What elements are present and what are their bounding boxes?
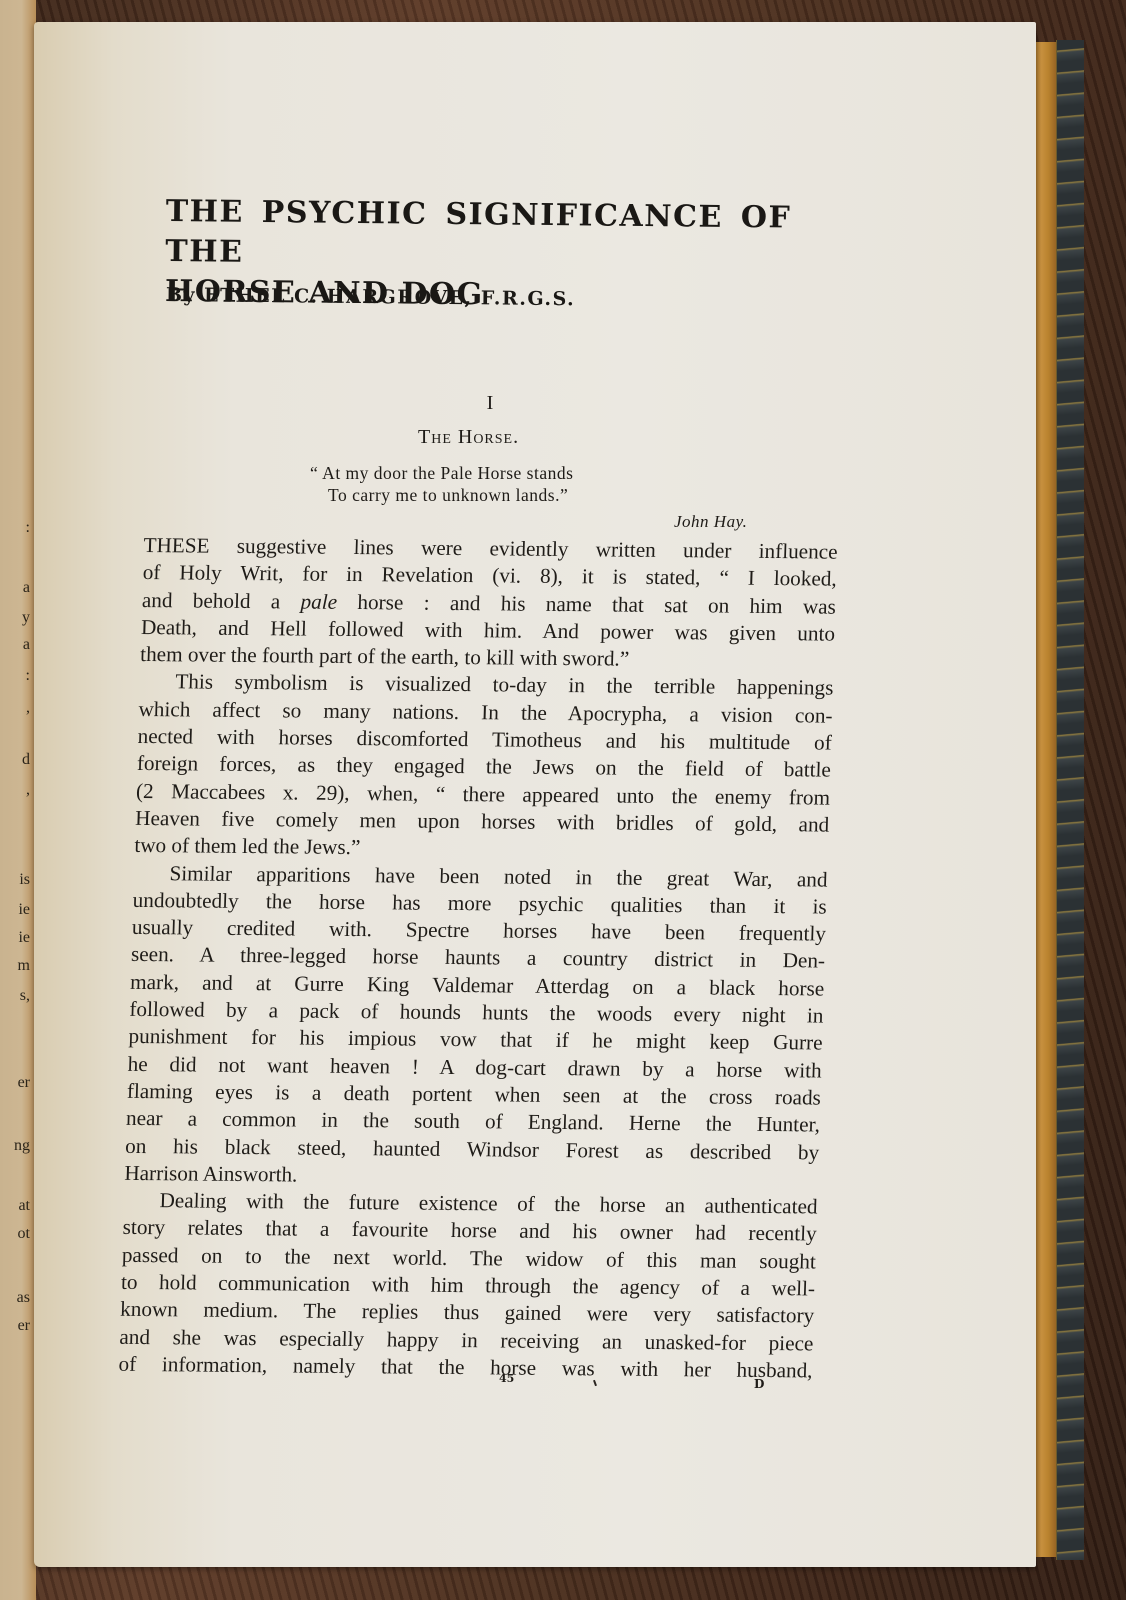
signature-mark: D — [754, 1377, 764, 1391]
section-title: The Horse. — [418, 426, 519, 449]
epigraph-attribution: John Hay. — [674, 512, 747, 532]
facing-page-fragment: y — [0, 610, 30, 626]
article-title-line-1: THE PSYCHIC SIGNIFICANCE OF THE — [165, 192, 866, 279]
facing-page-fragment: er — [0, 1075, 30, 1091]
facing-page-fragment: : — [0, 668, 30, 684]
facing-page-fragment: ie — [0, 930, 30, 946]
page-content: THE PSYCHIC SIGNIFICANCE OF THE HORSE AN… — [34, 22, 1036, 1567]
facing-page-fragment: s, — [0, 988, 30, 1004]
facing-page-fragment: as — [0, 1290, 30, 1306]
facing-page-fragment: ot — [0, 1226, 30, 1242]
epigraph: “ At my door the Pale Horse stands To ca… — [310, 462, 830, 506]
facing-page-fragment: ng — [0, 1138, 30, 1154]
epigraph-line-2: To carry me to unknown lands.” — [310, 484, 830, 506]
page-block-gilt-edge — [1034, 42, 1058, 1557]
facing-page-edge: :aya:,d,isieiems,erngatotaser — [0, 0, 36, 1600]
marbled-cover-edge — [1056, 40, 1084, 1560]
body-line: of information, namely that the horse wa… — [118, 1351, 813, 1385]
page-number: 45 — [499, 1372, 514, 1385]
facing-page-fragment: m — [0, 958, 30, 974]
book-page: THE PSYCHIC SIGNIFICANCE OF THE HORSE AN… — [34, 22, 1036, 1567]
facing-page-fragment: , — [0, 700, 30, 716]
epigraph-line-1: “ At my door the Pale Horse stands — [310, 462, 830, 484]
author-byline: By ETHEL C. HARGROVE, F.R.G.S. — [166, 284, 576, 310]
section-number: I — [480, 392, 500, 415]
article-body: THESE suggestive lines were evidently wr… — [118, 532, 838, 1385]
emphasis: pale — [300, 589, 337, 613]
facing-page-fragment: er — [0, 1318, 30, 1334]
facing-page-fragment: is — [0, 872, 30, 888]
facing-page-fragment: a — [0, 637, 30, 653]
facing-page-fragment: d — [0, 752, 30, 768]
facing-page-fragment: a — [0, 580, 30, 596]
facing-page-fragment: , — [0, 782, 30, 798]
facing-page-fragment: : — [0, 520, 30, 536]
facing-page-fragment: at — [0, 1198, 30, 1214]
facing-page-fragment: ie — [0, 902, 30, 918]
